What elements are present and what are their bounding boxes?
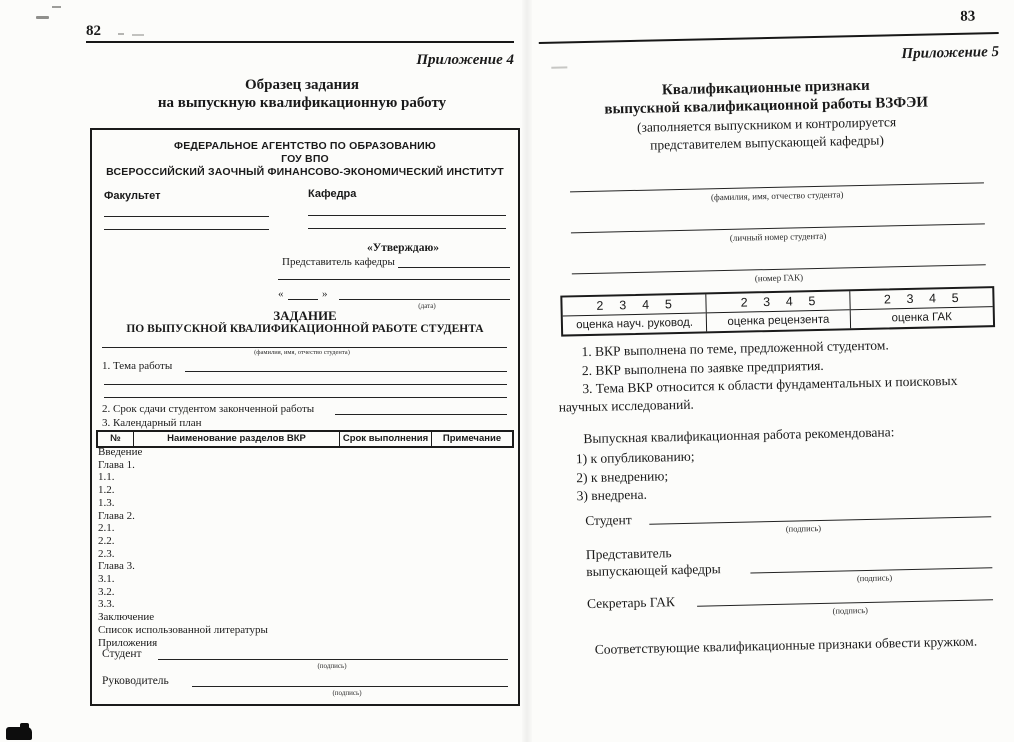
- recommendation-heading: Выпускная квалификационная работа рекоме…: [583, 424, 894, 447]
- plan-row: Глава 3.: [98, 560, 508, 573]
- student-name-underline: [102, 347, 507, 348]
- plan-row: 1.2.: [98, 484, 508, 497]
- criteria-list: 1. ВКР выполнена по теме, предложенной с…: [557, 334, 1000, 417]
- student-signature-caption: (подпись): [272, 662, 392, 670]
- secretary-signature-label: Секретарь ГАК: [587, 594, 675, 612]
- footer-note: Соответствующие квалификационные признак…: [560, 633, 1012, 659]
- item1-underline: [104, 397, 507, 398]
- header-rule: [539, 32, 999, 44]
- student-signature-label: Студент: [102, 648, 142, 660]
- task-title-line2: ПО ВЫПУСКНОЙ КВАЛИФИКАЦИОННОЙ РАБОТЕ СТУ…: [92, 323, 518, 335]
- plan-header-note: Примечание: [432, 432, 512, 446]
- page-number: 82: [86, 23, 101, 40]
- student-signature-underline: [158, 659, 508, 660]
- department-underline: [308, 215, 506, 216]
- grade-option: 3: [906, 292, 913, 306]
- item3-label: 3. Календарный план: [102, 417, 201, 429]
- plan-row: 3.1.: [98, 573, 508, 586]
- recommendation-item: 3) внедрена.: [576, 485, 695, 506]
- faculty-label: Факультет: [104, 190, 161, 202]
- task-title-line1: ЗАДАНИЕ: [92, 308, 518, 324]
- plan-row: 3.2.: [98, 586, 508, 599]
- plan-row: Список использованной литературы: [98, 624, 508, 637]
- grades-column-reviewer: 2345 оценка рецензента: [706, 291, 850, 331]
- department-underline: [308, 228, 506, 229]
- grade-option: 4: [642, 298, 649, 312]
- plan-header-sections: Наименование разделов ВКР: [134, 432, 340, 446]
- grade-column-label: оценка ГАК: [850, 307, 993, 328]
- grade-column-label: оценка науч. руковод.: [563, 313, 707, 334]
- plan-header-num: №: [98, 432, 134, 446]
- appendix-label: Приложение 5: [793, 44, 999, 65]
- scan-noise-dash: [132, 34, 144, 36]
- grade-option: 5: [808, 294, 815, 308]
- approve-stamp: «Утверждаю»: [328, 242, 478, 254]
- recommendation-item: 1) к опубликованию;: [576, 448, 695, 469]
- supervisor-signature-underline: [192, 686, 508, 687]
- grades-column-gak: 2345 оценка ГАК: [849, 288, 993, 328]
- item1-label: 1. Тема работы: [102, 360, 172, 372]
- doc-title-line1: Образец задания: [95, 77, 509, 94]
- item1-underline: [185, 371, 507, 372]
- plan-row: 2.1.: [98, 522, 508, 535]
- recommendation-list: 1) к опубликованию;2) к внедрению;3) вне…: [576, 448, 696, 506]
- approver-underline: [398, 267, 510, 268]
- representative-label-line2: выпускающей кафедры: [586, 561, 721, 580]
- assignment-form: ФЕДЕРАЛЬНОЕ АГЕНТСТВО ПО ОБРАЗОВАНИЮ ГОУ…: [90, 128, 520, 706]
- plan-row: 3.3.: [98, 598, 508, 611]
- supervisor-signature-caption: (подпись): [287, 689, 407, 697]
- representative-label-line1: Представитель: [586, 545, 672, 563]
- page-82: 82 Приложение 4 Образец задания на выпус…: [0, 0, 530, 742]
- supervisor-signature-label: Руководитель: [102, 675, 169, 687]
- item2-label: 2. Срок сдачи студентом законченной рабо…: [102, 403, 314, 415]
- grade-option: 5: [665, 297, 672, 311]
- scan-noise-dash: [52, 6, 61, 8]
- plan-rows: ВведениеГлава 1.1.1.1.2.1.3.Глава 2.2.1.…: [98, 446, 508, 649]
- plan-header-deadline: Срок выполнения: [340, 432, 432, 446]
- scanned-book-spread: 82 Приложение 4 Образец задания на выпус…: [0, 0, 1014, 742]
- student-signature-caption: (подпись): [743, 522, 863, 535]
- scan-noise-dash: [551, 66, 567, 68]
- grade-option: 3: [619, 298, 626, 312]
- org-name-line1: ФЕДЕРАЛЬНОЕ АГЕНТСТВО ПО ОБРАЗОВАНИЮ: [92, 140, 518, 152]
- plan-row: 2.2.: [98, 535, 508, 548]
- plan-row: 2.3.: [98, 548, 508, 561]
- plan-row: 1.1.: [98, 471, 508, 484]
- plan-row: Глава 2.: [98, 510, 508, 523]
- representative-signature-caption: (подпись): [824, 572, 924, 584]
- scan-noise-dash: [118, 33, 124, 35]
- scan-artifact-blob: [20, 723, 29, 730]
- doc-title-line2: на выпускную квалификационную работу: [95, 95, 509, 112]
- faculty-underline: [104, 216, 269, 217]
- org-name-line3: ВСЕРОССИЙСКИЙ ЗАОЧНЫЙ ФИНАНСОВО-ЭКОНОМИЧ…: [92, 166, 518, 178]
- header-rule: [86, 41, 514, 43]
- grade-option: 3: [763, 295, 770, 309]
- plan-row: Приложения: [98, 637, 508, 650]
- grades-column-supervisor: 2345 оценка науч. руковод.: [562, 294, 706, 334]
- plan-row: Глава 1.: [98, 459, 508, 472]
- grade-option: 2: [740, 296, 747, 310]
- page-83: 83 Приложение 5 Квалификационные признак…: [522, 0, 1014, 742]
- student-name-caption: (фамилия, имя, отчество студента): [152, 349, 452, 356]
- grade-option: 2: [596, 299, 603, 313]
- date-day-underline: [288, 299, 318, 300]
- grade-column-label: оценка рецензента: [707, 310, 850, 331]
- plan-row: Заключение: [98, 611, 508, 624]
- secretary-signature-caption: (подпись): [795, 604, 905, 616]
- date-underline: [339, 299, 510, 300]
- student-signature-label: Студент: [585, 512, 632, 529]
- org-name-line2: ГОУ ВПО: [92, 153, 518, 165]
- grade-option: 4: [929, 291, 936, 305]
- grade-option: 5: [952, 291, 959, 305]
- department-label: Кафедра: [308, 188, 356, 200]
- approver-underline: [278, 279, 510, 280]
- plan-row: Введение: [98, 446, 508, 459]
- item1-underline: [104, 384, 507, 385]
- appendix-label: Приложение 4: [314, 52, 514, 69]
- page-number: 83: [960, 8, 975, 25]
- grade-option: 4: [786, 295, 793, 309]
- scan-noise-dash: [36, 16, 49, 19]
- date-quote-open: «: [278, 288, 284, 300]
- item2-underline: [335, 414, 507, 415]
- grades-table: 2345 оценка науч. руковод. 2345 оценка р…: [560, 286, 995, 336]
- faculty-underline: [104, 229, 269, 230]
- date-quote-close: »: [322, 288, 328, 300]
- grade-option: 2: [884, 292, 891, 306]
- approver-label: Представитель кафедры: [282, 256, 395, 268]
- plan-row: 1.3.: [98, 497, 508, 510]
